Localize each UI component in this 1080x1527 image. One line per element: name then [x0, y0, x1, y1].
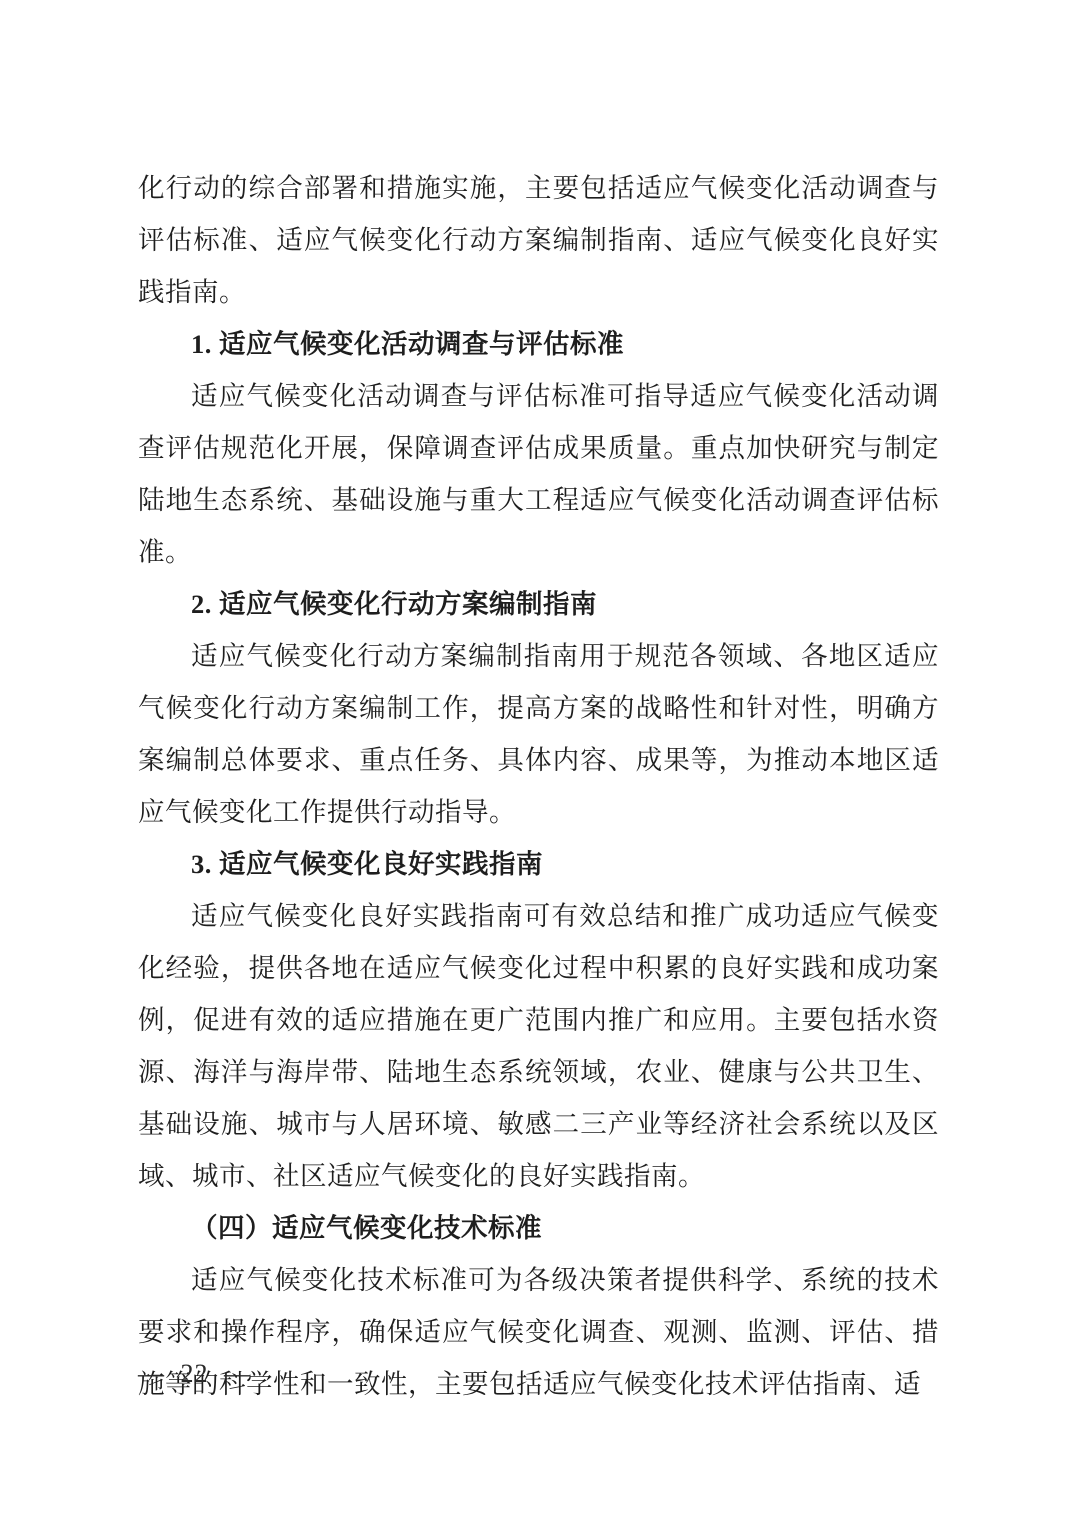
section-heading-4: （四）适应气候变化技术标准 — [138, 1202, 939, 1254]
page-number: — 22 — — [138, 1358, 251, 1390]
paragraph-good-practice-guide: 适应气候变化良好实践指南可有效总结和推广成功适应气候变化经验，提供各地在适应气候… — [138, 890, 939, 1202]
paragraph-action-plan-guide: 适应气候变化行动方案编制指南用于规范各领域、各地区适应气候变化行动方案编制工作，… — [138, 630, 939, 838]
section-heading-2: 2. 适应气候变化行动方案编制指南 — [138, 578, 939, 630]
paragraph-technical-standards: 适应气候变化技术标准可为各级决策者提供科学、系统的技术要求和操作程序，确保适应气… — [138, 1254, 939, 1410]
document-page: 化行动的综合部署和措施实施，主要包括适应气候变化活动调查与评估标准、适应气候变化… — [0, 0, 1080, 1527]
paragraph-survey-standards: 适应气候变化活动调查与评估标准可指导适应气候变化活动调查评估规范化开展，保障调查… — [138, 370, 939, 578]
section-heading-3: 3. 适应气候变化良好实践指南 — [138, 838, 939, 890]
section-heading-1: 1. 适应气候变化活动调查与评估标准 — [138, 318, 939, 370]
paragraph-continuation: 化行动的综合部署和措施实施，主要包括适应气候变化活动调查与评估标准、适应气候变化… — [138, 162, 939, 318]
document-body: 化行动的综合部署和措施实施，主要包括适应气候变化活动调查与评估标准、适应气候变化… — [138, 162, 939, 1410]
